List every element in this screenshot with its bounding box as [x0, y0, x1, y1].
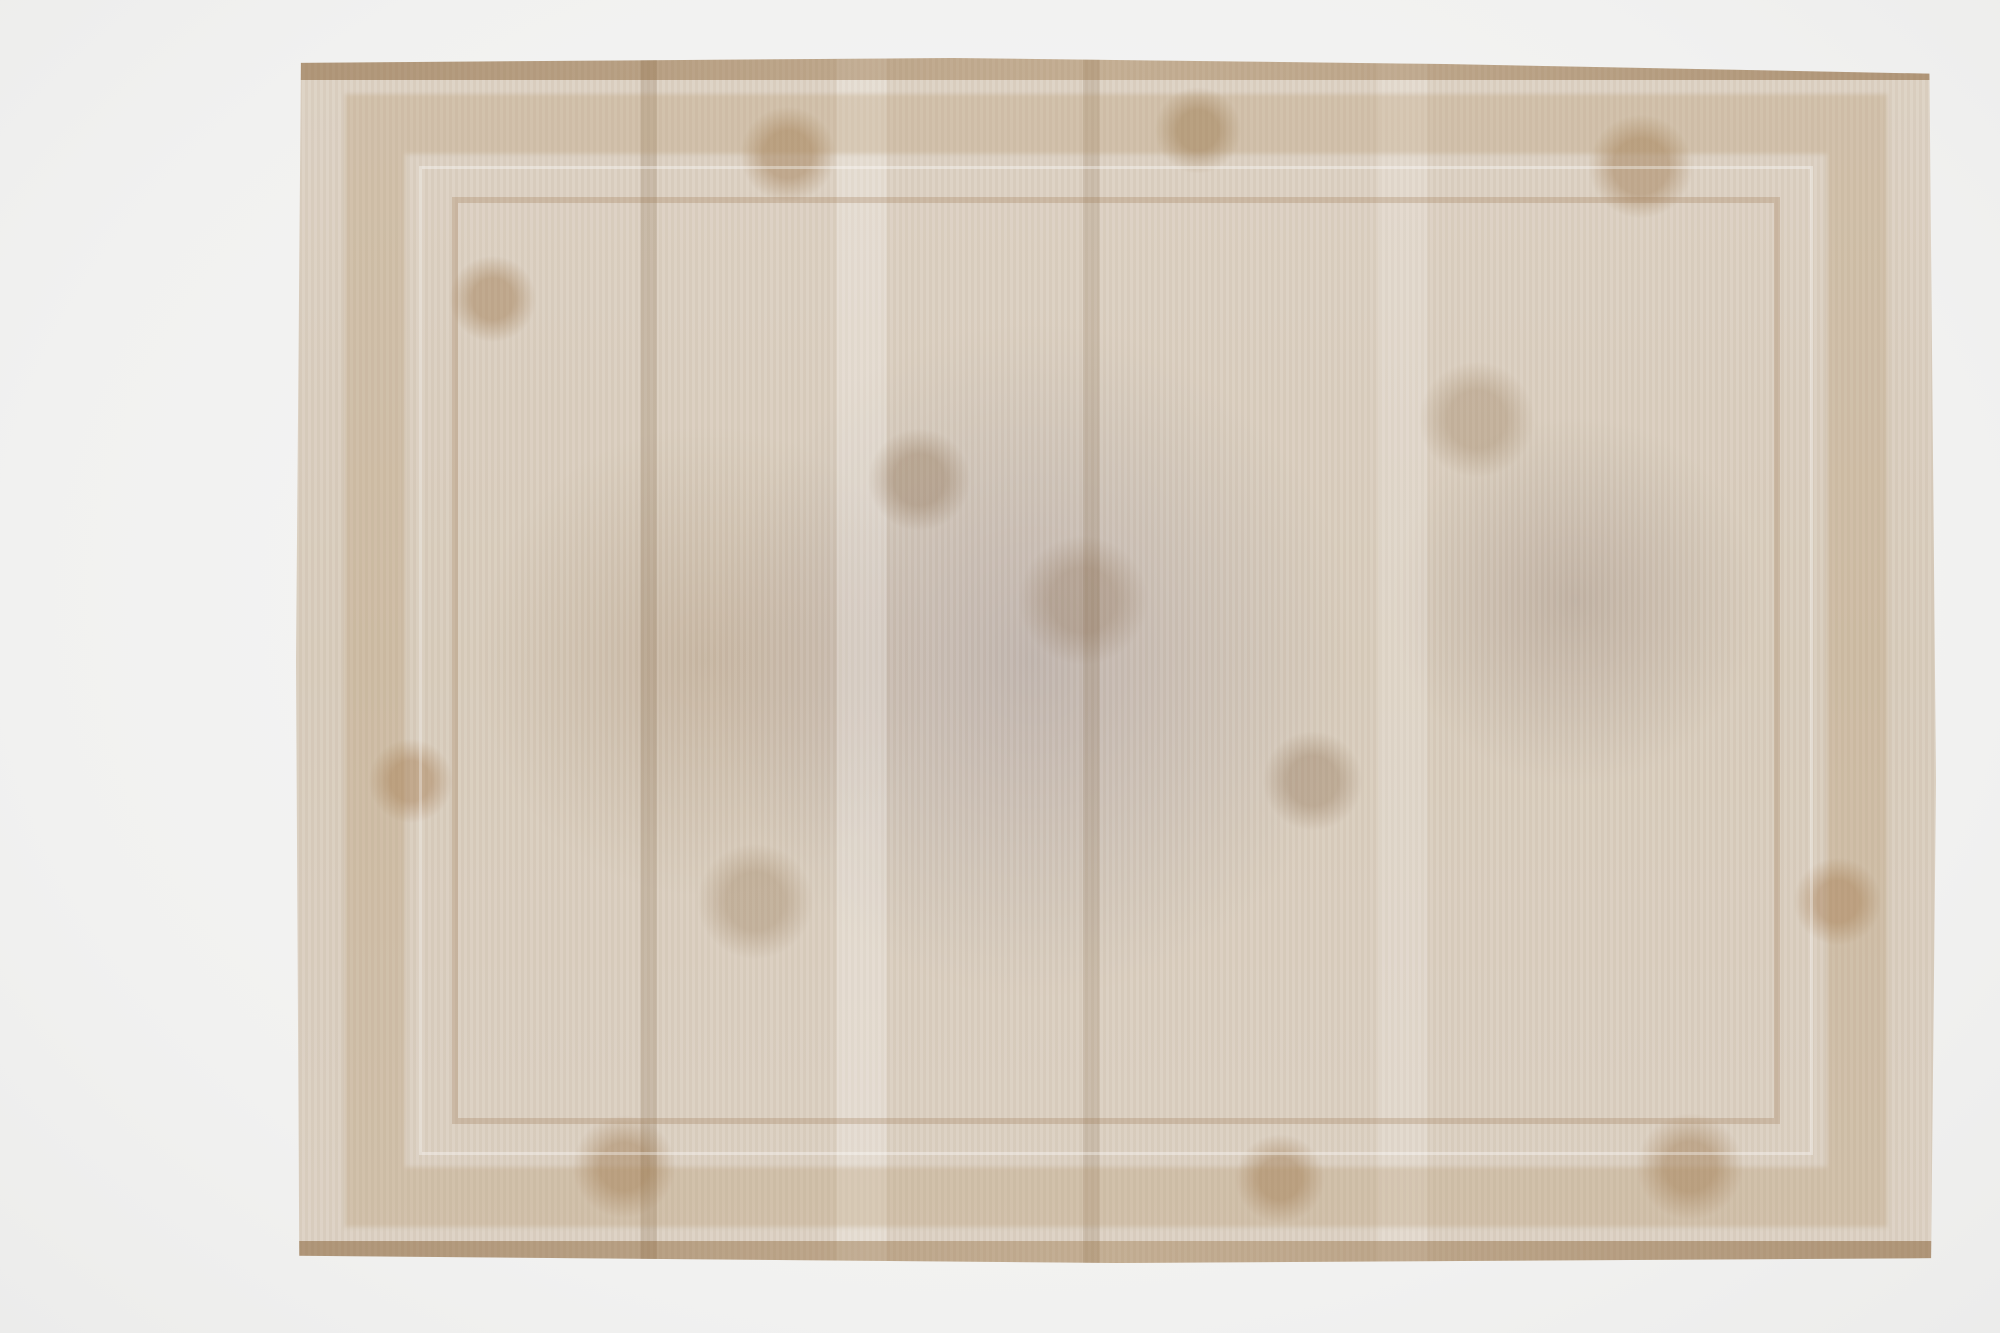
vintage-rug	[296, 58, 1936, 1263]
rug-inner-border	[452, 197, 1780, 1125]
